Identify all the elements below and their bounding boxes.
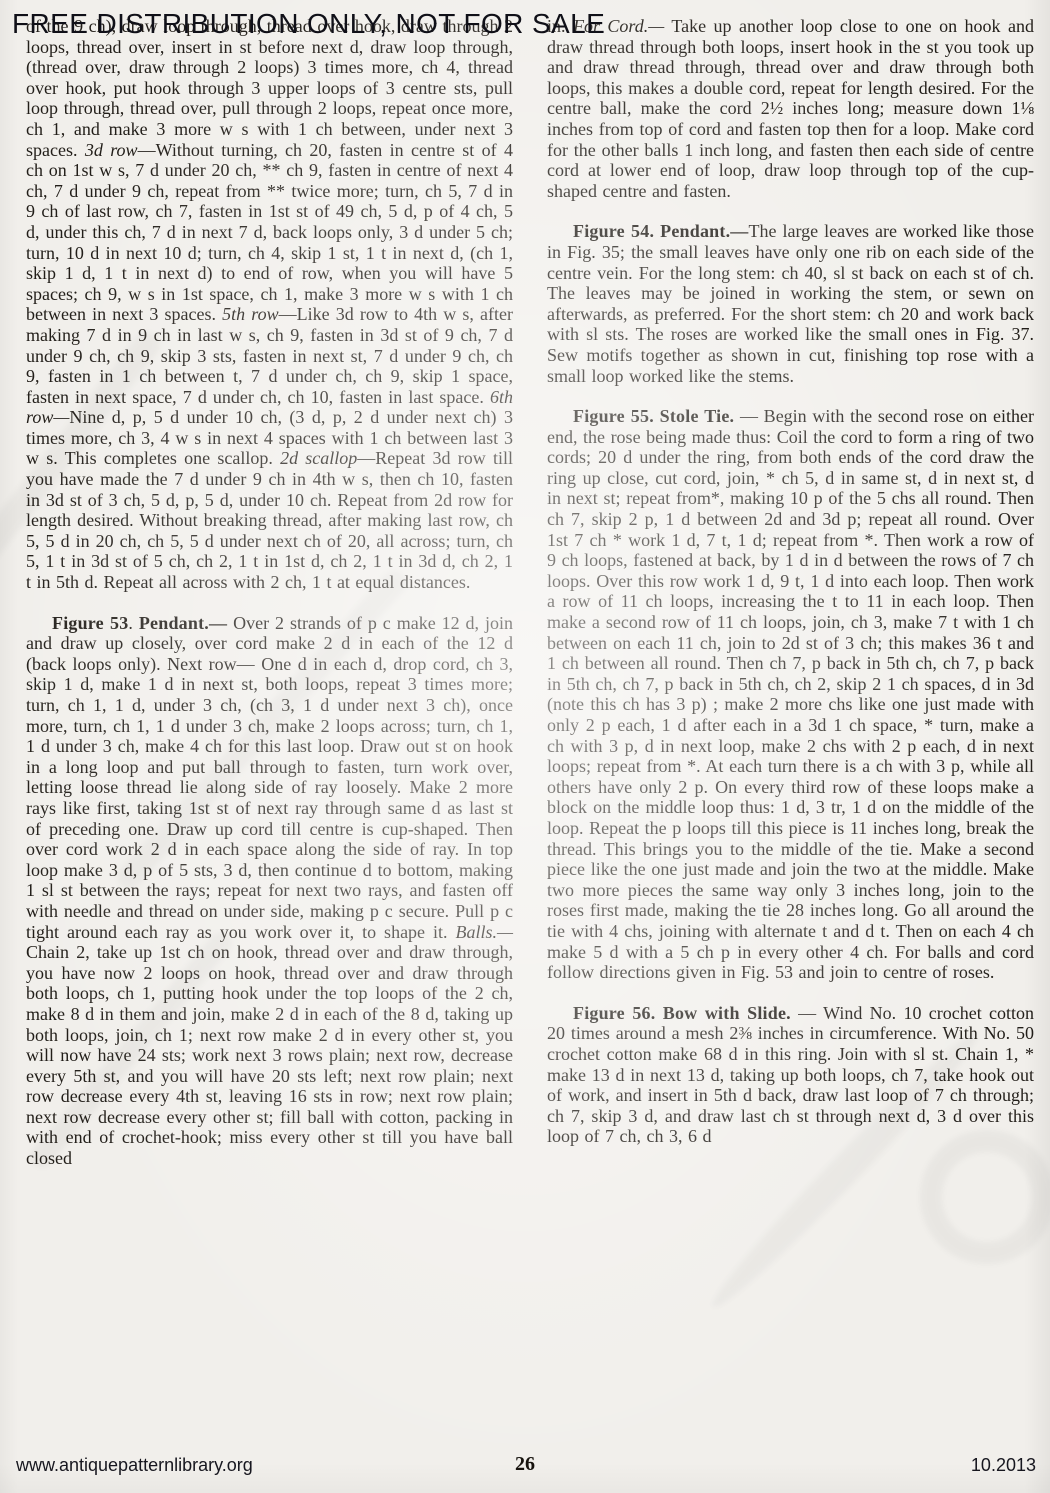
distribution-notice: FREE DISTRIBUTION ONLY, NOT FOR SALE — [12, 8, 605, 40]
paragraph: Figure 55. Stole Tie. — Begin with the s… — [547, 406, 1034, 983]
right-column: in. For Cord.— Take up another loop clos… — [547, 16, 1034, 1169]
paragraph: Figure 53. Pendant.— Over 2 strands of p… — [26, 613, 513, 1169]
paragraph: Figure 54. Pendant.—The large leaves are… — [547, 221, 1034, 386]
paragraph: Figure 56. Bow with Slide. — Wind No. 10… — [547, 1003, 1034, 1147]
scanned-book-page: FREE DISTRIBUTION ONLY, NOT FOR SALE of … — [0, 0, 1050, 1493]
text-columns: of the 9 ch), draw loop through, thread … — [26, 16, 1034, 1169]
left-column: of the 9 ch), draw loop through, thread … — [26, 16, 513, 1169]
paragraph: of the 9 ch), draw loop through, thread … — [26, 16, 513, 593]
page-footer: www.antiquepatternlibrary.org 26 10.2013 — [0, 1453, 1050, 1479]
paragraph: in. For Cord.— Take up another loop clos… — [547, 16, 1034, 201]
page-number: 26 — [0, 1453, 1050, 1476]
footer-date: 10.2013 — [971, 1455, 1036, 1476]
